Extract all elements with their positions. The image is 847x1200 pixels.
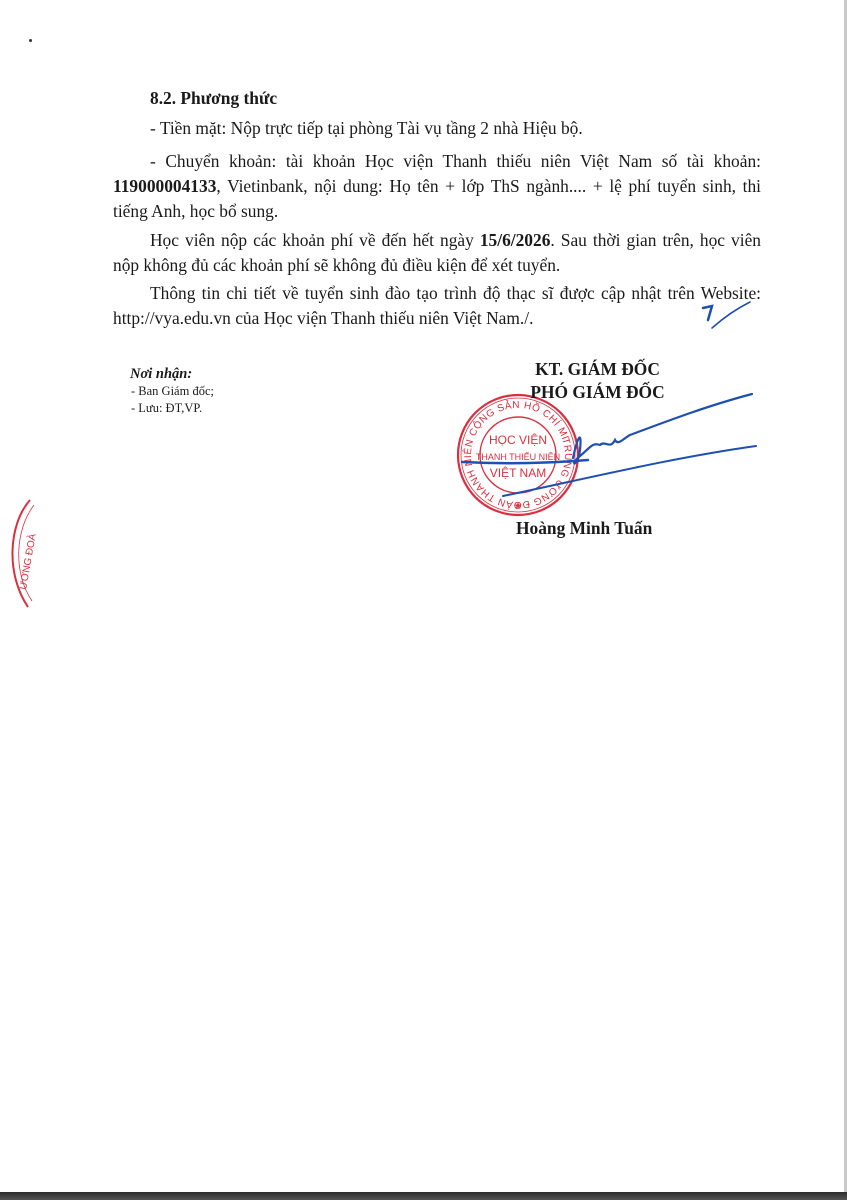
deadline-date: 15/6/2026 bbox=[480, 230, 551, 250]
deadline-prefix: Học viên nộp các khoản phí về đến hết ng… bbox=[150, 230, 480, 250]
transfer-prefix: - Chuyển khoản: tài khoản Học viện Thanh… bbox=[150, 151, 761, 171]
account-number: 119000004133 bbox=[113, 176, 216, 196]
recipient-item: - Ban Giám đốc; bbox=[130, 383, 214, 400]
recipients-title: Nơi nhận: bbox=[130, 365, 214, 383]
scan-speck bbox=[29, 39, 32, 42]
paragraph-deadline: Học viên nộp các khoản phí về đến hết ng… bbox=[113, 228, 761, 278]
signer-name: Hoàng Minh Tuấn bbox=[516, 518, 652, 539]
website-text: Thông tin chi tiết về tuyển sinh đào tạo… bbox=[113, 281, 761, 331]
recipients-block: Nơi nhận: - Ban Giám đốc; - Lưu: ĐT,VP. bbox=[130, 365, 214, 417]
signature-title-1: KT. GIÁM ĐỐC bbox=[480, 358, 715, 381]
cash-text: - Tiền mặt: Nộp trực tiếp tại phòng Tài … bbox=[113, 116, 761, 141]
page-edge-bottom bbox=[0, 1192, 847, 1200]
edge-stamp-fragment: ƯƠNG ĐOÀ bbox=[0, 495, 45, 615]
initial-mark-icon bbox=[700, 298, 760, 333]
paragraph-cash: - Tiền mặt: Nộp trực tiếp tại phòng Tài … bbox=[113, 116, 761, 141]
paragraph-website: Thông tin chi tiết về tuyển sinh đào tạo… bbox=[113, 281, 761, 331]
paragraph-transfer: - Chuyển khoản: tài khoản Học viện Thanh… bbox=[113, 149, 761, 224]
handwritten-signature bbox=[440, 380, 780, 530]
recipient-item: - Lưu: ĐT,VP. bbox=[130, 400, 214, 417]
section-heading: 8.2. Phương thức bbox=[150, 88, 277, 109]
